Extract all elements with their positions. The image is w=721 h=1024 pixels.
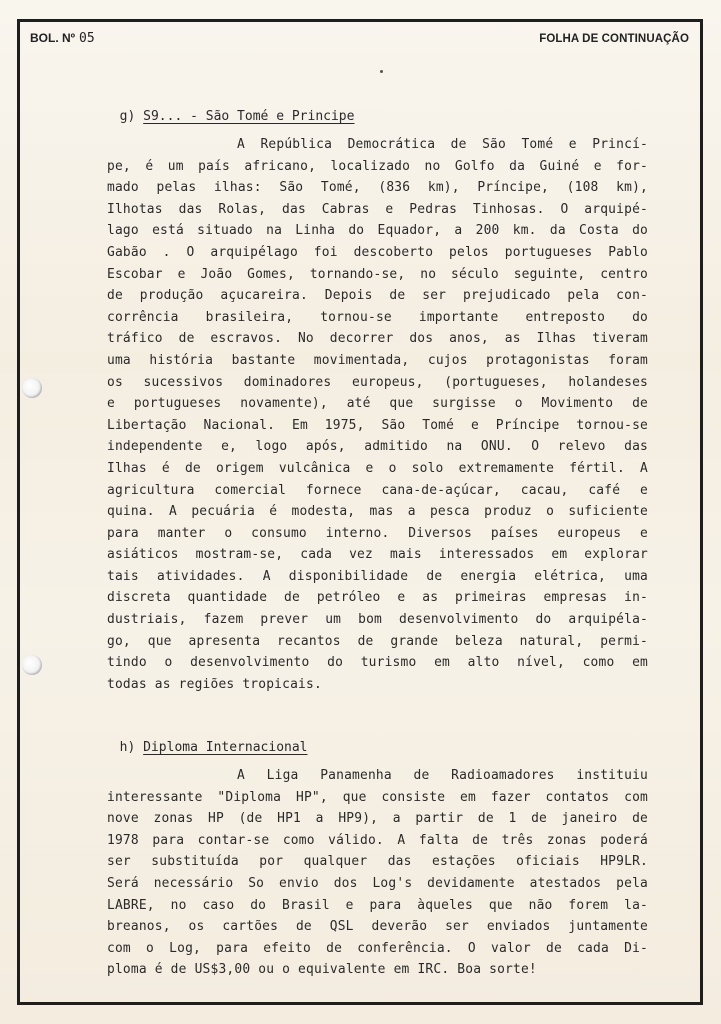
punch-hole bbox=[22, 655, 42, 675]
text-line: dustriais, fazem prever um bom desenvolv… bbox=[107, 609, 648, 631]
text-line: LABRE, no caso do Brasil e para àqueles … bbox=[107, 895, 648, 917]
text-line: para manter o consumo interno. Diversos … bbox=[107, 523, 648, 545]
text-line: pe, é um país africano, localizado no Go… bbox=[107, 156, 648, 178]
text-line: A República Democrática de São Tomé e Pr… bbox=[107, 134, 648, 156]
text-line: Gabão . O arquipélago foi descoberto pel… bbox=[107, 242, 648, 264]
paper-speck bbox=[380, 70, 383, 73]
punch-hole bbox=[22, 378, 42, 398]
text-line: os sucessivos dominadores europeus, (por… bbox=[107, 372, 648, 394]
section-title: Diploma Internacional bbox=[143, 740, 307, 755]
text-line: discreta quantidade de petróleo e as pri… bbox=[107, 587, 648, 609]
text-line: ploma é de US$3,00 ou o equivalente em I… bbox=[107, 959, 648, 981]
section-body-h: A Liga Panamenha de Radioamadores instit… bbox=[107, 765, 648, 981]
text-line: com o Log, para efeito de conferência. O… bbox=[107, 938, 648, 960]
text-line: Libertação Nacional. Em 1975, São Tomé e… bbox=[107, 415, 648, 437]
text-line: lago está situado na Linha do Equador, a… bbox=[107, 220, 648, 242]
text-line: tráfico de escravos. No decorrer dos ano… bbox=[107, 328, 648, 350]
text-line: quina. A pecuária é modesta, mas a pesca… bbox=[107, 501, 648, 523]
text-line: Ilhas é de origem vulcânica e o solo ext… bbox=[107, 458, 648, 480]
section-marker: g) bbox=[120, 109, 136, 124]
sheet-label-header: FOLHA DE CONTINUAÇÃO bbox=[539, 33, 689, 45]
text-line: nove zonas HP (de HP1 a HP9), a partir d… bbox=[107, 808, 648, 830]
section-title: S9... - São Tomé e Principe bbox=[143, 109, 354, 124]
text-line: tais atividades. A disponibilidade de en… bbox=[107, 566, 648, 588]
text-line: e portugueses novamente), até que surgis… bbox=[107, 393, 648, 415]
text-line: de produção açucareira. Depois de ser pr… bbox=[107, 285, 648, 307]
text-line: ser substituída por qualquer das estaçõe… bbox=[107, 851, 648, 873]
text-line: uma história bastante movimentada, cujos… bbox=[107, 350, 648, 372]
text-line: 1978 para contar-se como válido. A falta… bbox=[107, 830, 648, 852]
text-line: agricultura comercial fornece cana-de-aç… bbox=[107, 480, 648, 502]
text-line: Será necessário So envio dos Log's devid… bbox=[107, 873, 648, 895]
text-line: independente e, logo após, admitido na O… bbox=[107, 436, 648, 458]
text-line: tindo o desenvolvimento do turismo em al… bbox=[107, 652, 648, 674]
section-heading-g: g) S9... - São Tomé e Principe bbox=[104, 94, 354, 124]
bulletin-number: 05 bbox=[79, 31, 95, 46]
text-line: asiáticos mostram-se, cada vez mais inte… bbox=[107, 544, 648, 566]
text-line: Escobar e João Gomes, tornando-se, no sé… bbox=[107, 264, 648, 286]
section-marker: h) bbox=[120, 740, 136, 755]
text-line: todas as regiões tropicais. bbox=[107, 674, 648, 696]
text-line: Ilhotas das Rolas, das Cabras e Pedras T… bbox=[107, 199, 648, 221]
bulletin-number-header: BOL. Nº05 bbox=[30, 31, 95, 46]
text-line: mado pelas ilhas: São Tomé, (836 km), Pr… bbox=[107, 177, 648, 199]
section-body-g: A República Democrática de São Tomé e Pr… bbox=[107, 134, 648, 695]
section-heading-h: h) Diploma Internacional bbox=[104, 725, 308, 755]
text-line: corrência brasileira, tornou-se importan… bbox=[107, 307, 648, 329]
text-line: A Liga Panamenha de Radioamadores instit… bbox=[107, 765, 648, 787]
text-line: breanos, os cartões de QSL deverão ser e… bbox=[107, 916, 648, 938]
bulletin-label: BOL. Nº bbox=[30, 31, 75, 45]
text-line: go, que apresenta recantos de grande bel… bbox=[107, 631, 648, 653]
text-line: interessante "Diploma HP", que consiste … bbox=[107, 787, 648, 809]
